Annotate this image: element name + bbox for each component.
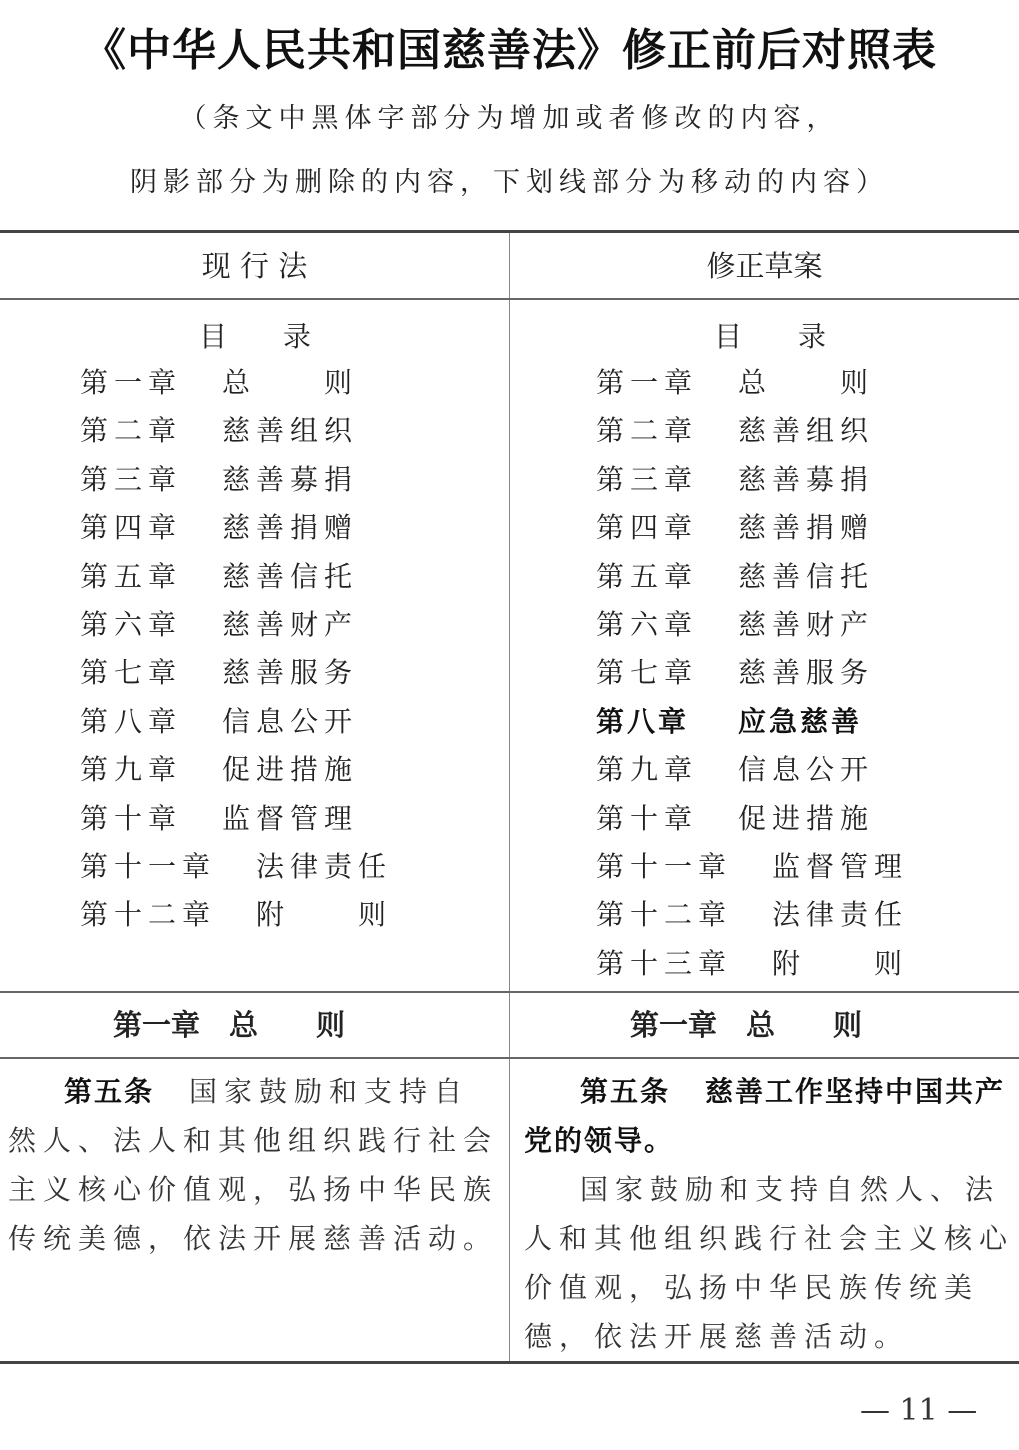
toc-item: 第五章慈善信托 <box>596 553 908 601</box>
comparison-table: 现 行 法 修正草案 目 录 第一章总 则第二章慈善组织第三章慈善募捐第四章慈善… <box>0 230 1019 1364</box>
toc-chapter-name: 慈善募捐 <box>738 456 874 504</box>
toc-chapter-number: 第十一章 <box>596 843 772 891</box>
section-divider <box>0 1057 1019 1059</box>
toc-chapter-number: 第三章 <box>80 456 222 504</box>
toc-list-draft: 第一章总 则第二章慈善组织第三章慈善募捐第四章慈善捐赠第五章慈善信托第六章慈善财… <box>596 359 908 988</box>
toc-item: 第九章促进措施 <box>80 746 392 794</box>
toc-chapter-number: 第九章 <box>80 746 222 794</box>
toc-chapter-name: 总 则 <box>222 359 358 407</box>
column-header-draft: 修正草案 <box>510 233 1019 299</box>
toc-chapter-number: 第七章 <box>80 649 222 697</box>
toc-item: 第五章慈善信托 <box>80 553 392 601</box>
toc-chapter-name: 附 则 <box>256 891 392 939</box>
toc-item: 第十一章法律责任 <box>80 843 392 891</box>
toc-chapter-number: 第二章 <box>80 407 222 455</box>
toc-chapter-name: 慈善服务 <box>738 649 874 697</box>
toc-chapter-name: 慈善捐赠 <box>222 504 358 552</box>
toc-chapter-number: 第九章 <box>596 746 738 794</box>
legend-note-line-2: 阴影部分为删除的内容，下划线部分为移动的内容） <box>0 160 1019 199</box>
toc-item: 第七章慈善服务 <box>80 649 392 697</box>
toc-chapter-name: 慈善财产 <box>222 601 358 649</box>
article-label-draft: 第五条 <box>580 1075 670 1108</box>
page-number: — 11 — <box>860 1393 977 1428</box>
toc-chapter-name: 慈善募捐 <box>222 456 358 504</box>
toc-item: 第六章慈善财产 <box>596 601 908 649</box>
toc-chapter-name: 法律责任 <box>772 891 908 939</box>
toc-chapter-name: 应急慈善 <box>738 698 862 746</box>
toc-item: 第十章监督管理 <box>80 795 392 843</box>
toc-chapter-name: 附 则 <box>772 940 908 988</box>
toc-item: 第二章慈善组织 <box>80 407 392 455</box>
toc-chapter-number: 第四章 <box>80 504 222 552</box>
toc-chapter-name: 总 则 <box>738 359 874 407</box>
toc-chapter-number: 第十章 <box>596 795 738 843</box>
toc-chapter-number: 第十一章 <box>80 843 256 891</box>
toc-item: 第十一章监督管理 <box>596 843 908 891</box>
toc-item: 第八章应急慈善 <box>596 698 908 746</box>
toc-chapter-name: 慈善财产 <box>738 601 874 649</box>
toc-item: 第四章慈善捐赠 <box>596 504 908 552</box>
toc-title-current: 目 录 <box>180 315 330 355</box>
toc-item: 第十二章法律责任 <box>596 891 908 939</box>
toc-chapter-number: 第四章 <box>596 504 738 552</box>
toc-item: 第一章总 则 <box>596 359 908 407</box>
toc-chapter-name: 促进措施 <box>738 795 874 843</box>
toc-item: 第三章慈善募捐 <box>596 456 908 504</box>
toc-chapter-number: 第六章 <box>596 601 738 649</box>
section-heading-current: 第一章 总 则 <box>113 993 345 1057</box>
toc-item: 第十章促进措施 <box>596 795 908 843</box>
toc-chapter-number: 第二章 <box>596 407 738 455</box>
toc-chapter-name: 慈善组织 <box>222 407 358 455</box>
toc-chapter-name: 慈善组织 <box>738 407 874 455</box>
toc-chapter-number: 第五章 <box>80 553 222 601</box>
toc-title-draft: 目 录 <box>695 315 845 355</box>
article-text-draft: 国家鼓励和支持自然人、法人和其他组织践行社会主义核心价值观，弘扬中华民族传统美德… <box>524 1173 1014 1353</box>
toc-list-current: 第一章总 则第二章慈善组织第三章慈善募捐第四章慈善捐赠第五章慈善信托第六章慈善财… <box>80 359 392 940</box>
legend-note-line-1: （条文中黑体字部分为增加或者修改的内容， <box>0 96 1019 135</box>
toc-chapter-number: 第八章 <box>596 698 738 746</box>
article-current: 第五条 国家鼓励和支持自然人、法人和其他组织践行社会主义核心价值观，弘扬中华民族… <box>8 1067 500 1263</box>
article-label-current: 第五条 <box>64 1075 154 1108</box>
column-divider <box>509 233 510 1361</box>
toc-item: 第九章信息公开 <box>596 746 908 794</box>
toc-item: 第十二章附 则 <box>80 891 392 939</box>
toc-chapter-name: 法律责任 <box>256 843 392 891</box>
toc-item: 第四章慈善捐赠 <box>80 504 392 552</box>
toc-chapter-name: 信息公开 <box>222 698 358 746</box>
header-divider <box>0 298 1019 300</box>
toc-chapter-number: 第七章 <box>596 649 738 697</box>
toc-item: 第十三章附 则 <box>596 940 908 988</box>
toc-item: 第一章总 则 <box>80 359 392 407</box>
article-draft: 第五条 慈善工作坚持中国共产党的领导。 国家鼓励和支持自然人、法人和其他组织践行… <box>524 1067 1016 1361</box>
toc-chapter-number: 第八章 <box>80 698 222 746</box>
toc-item: 第八章信息公开 <box>80 698 392 746</box>
toc-item: 第二章慈善组织 <box>596 407 908 455</box>
toc-chapter-number: 第十三章 <box>596 940 772 988</box>
toc-chapter-name: 慈善捐赠 <box>738 504 874 552</box>
column-header-current-law: 现 行 法 <box>0 233 509 299</box>
toc-item: 第三章慈善募捐 <box>80 456 392 504</box>
toc-item: 第七章慈善服务 <box>596 649 908 697</box>
toc-chapter-number: 第十二章 <box>80 891 256 939</box>
toc-chapter-name: 慈善信托 <box>738 553 874 601</box>
toc-chapter-name: 信息公开 <box>738 746 874 794</box>
document-title: 《中华人民共和国慈善法》修正前后对照表 <box>0 14 1019 78</box>
toc-chapter-number: 第三章 <box>596 456 738 504</box>
toc-chapter-number: 第十二章 <box>596 891 772 939</box>
toc-chapter-number: 第五章 <box>596 553 738 601</box>
section-heading-draft: 第一章 总 则 <box>630 993 862 1057</box>
toc-chapter-name: 促进措施 <box>222 746 358 794</box>
toc-chapter-name: 慈善服务 <box>222 649 358 697</box>
toc-item: 第六章慈善财产 <box>80 601 392 649</box>
toc-chapter-name: 监督管理 <box>222 795 358 843</box>
toc-chapter-name: 监督管理 <box>772 843 908 891</box>
toc-chapter-number: 第六章 <box>80 601 222 649</box>
toc-chapter-name: 慈善信托 <box>222 553 358 601</box>
toc-chapter-number: 第十章 <box>80 795 222 843</box>
toc-chapter-number: 第一章 <box>80 359 222 407</box>
toc-chapter-number: 第一章 <box>596 359 738 407</box>
